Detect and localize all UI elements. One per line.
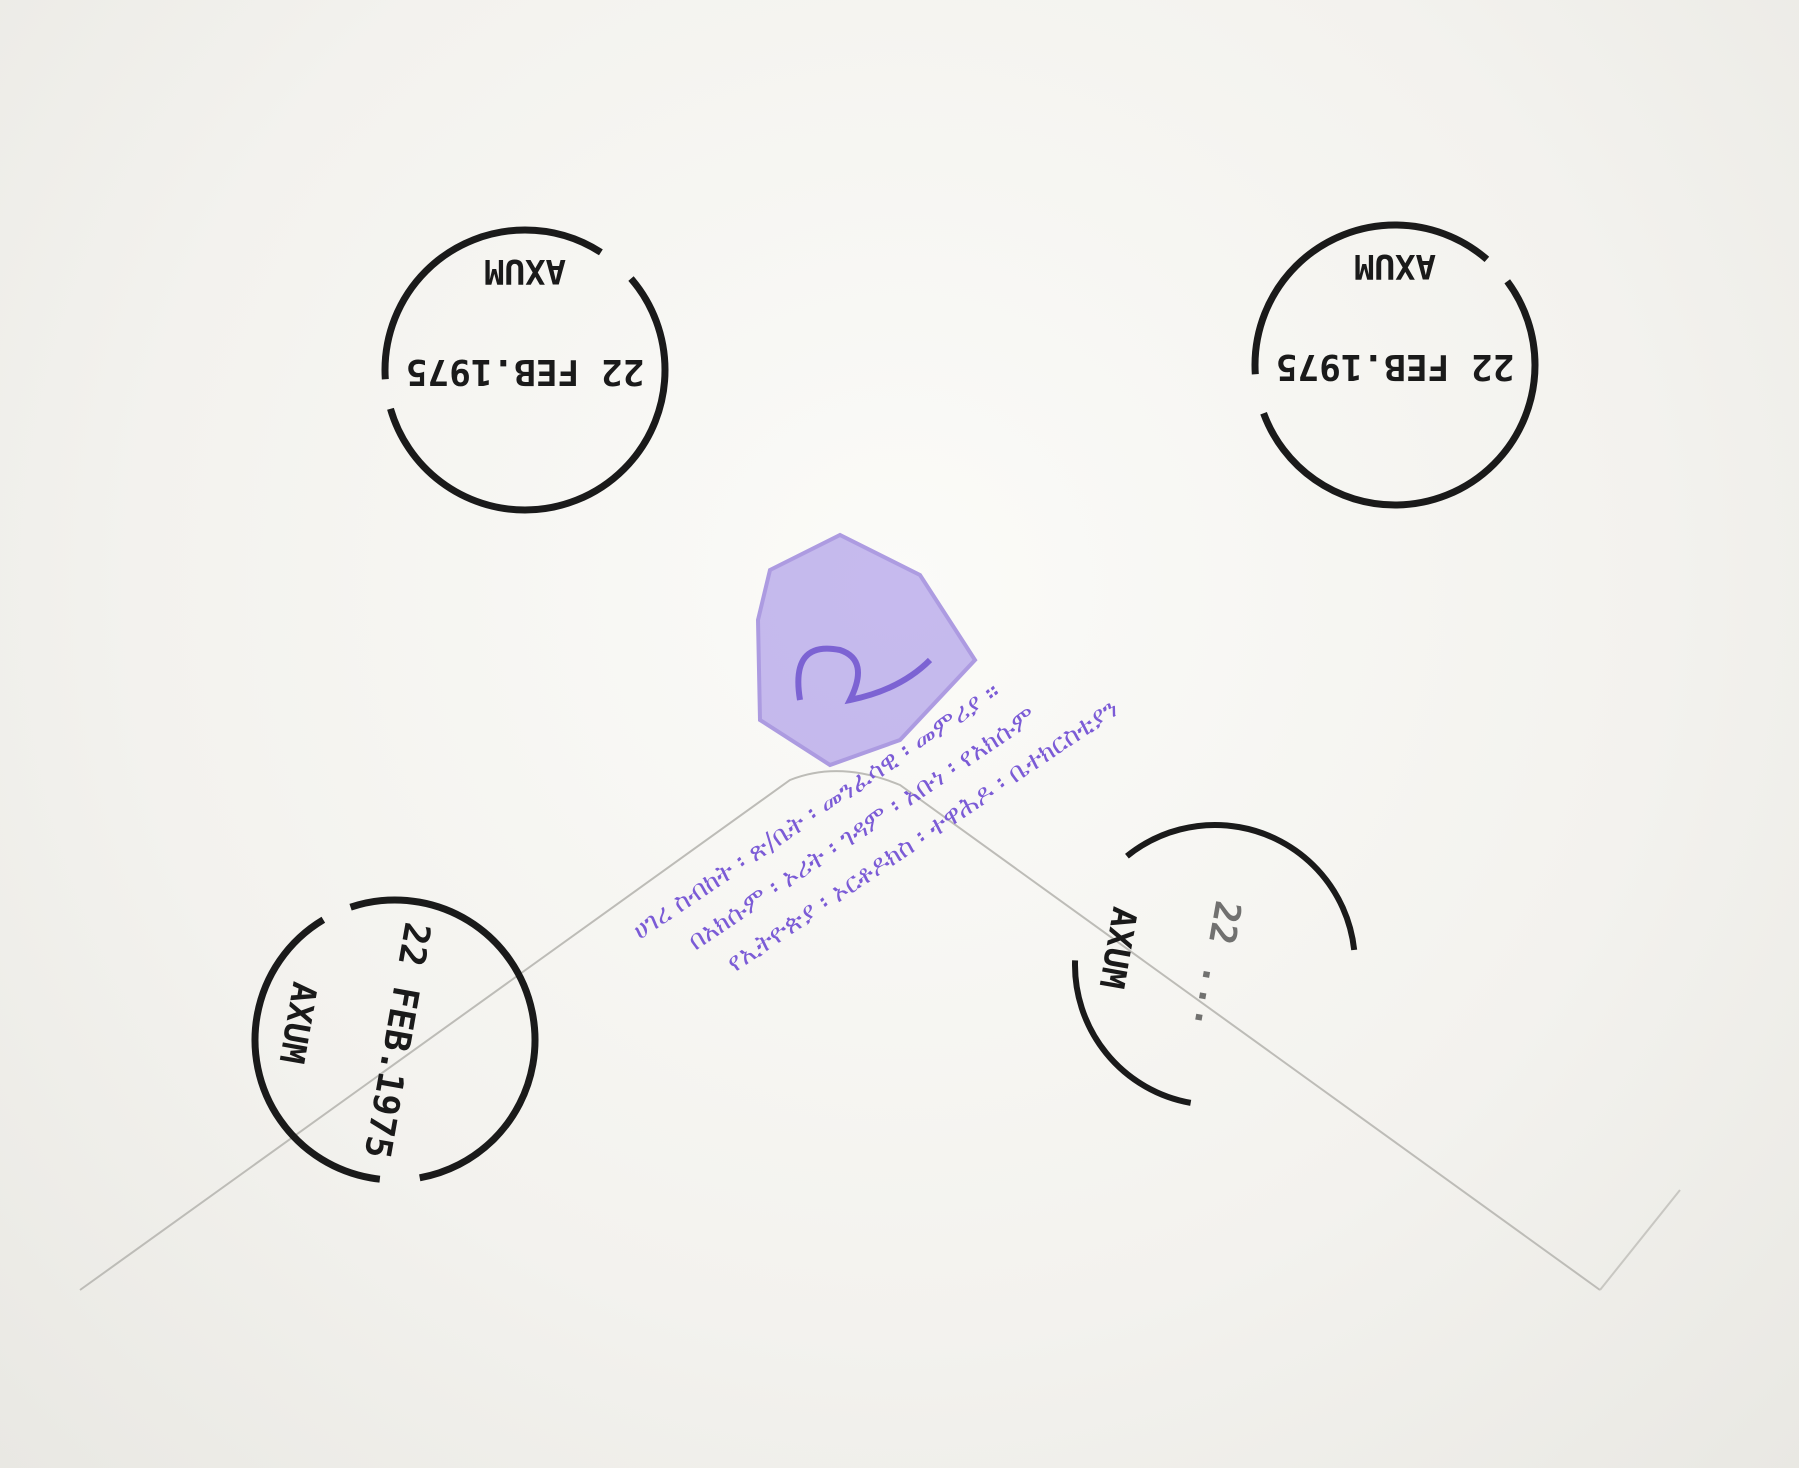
svg-text:22 FEB.1975: 22 FEB.1975 — [1276, 346, 1514, 387]
svg-text:AXUM: AXUM — [1091, 904, 1145, 992]
envelope-back: 22 FEB.1975 AXUM 22 FEB.1975 AXUM 22 FEB… — [0, 0, 1799, 1468]
svg-text:22 FEB.1975: 22 FEB.1975 — [356, 919, 438, 1161]
svg-text:AXUM: AXUM — [1354, 246, 1436, 286]
svg-text:AXUM: AXUM — [484, 251, 566, 291]
postmark-upper-left: 22 FEB.1975 AXUM — [385, 230, 665, 510]
postmark-upper-right: 22 FEB.1975 AXUM — [1255, 225, 1535, 505]
postmark-lower-left: 22 FEB.1975 AXUM — [233, 878, 557, 1202]
envelope-drawing: 22 FEB.1975 AXUM 22 FEB.1975 AXUM 22 FEB… — [0, 0, 1799, 1468]
svg-text:22 ...: 22 ... — [1185, 898, 1248, 1033]
svg-text:22 FEB.1975: 22 FEB.1975 — [406, 351, 644, 392]
svg-text:AXUM: AXUM — [271, 979, 325, 1067]
postmark-lower-right: 22 ... AXUM — [1053, 803, 1377, 1127]
